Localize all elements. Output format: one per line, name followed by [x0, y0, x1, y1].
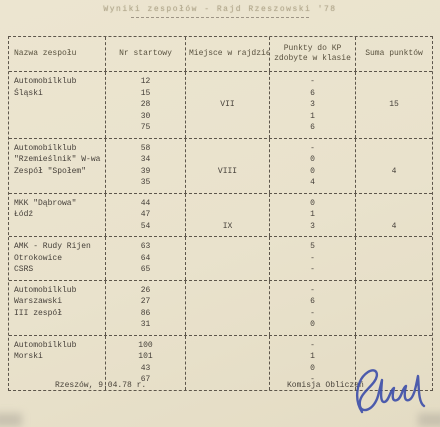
- header-suma-punktow: Suma punktów: [355, 37, 432, 71]
- sums-value: [359, 88, 429, 100]
- name-value: Automobilklub: [14, 76, 102, 88]
- starts-value: 58: [109, 143, 182, 155]
- signature-ink: [340, 362, 438, 422]
- sums-value: [359, 285, 429, 297]
- sums-value: [359, 177, 429, 189]
- header-nr-startowy: Nr startowy: [105, 37, 185, 71]
- place-date: Rzeszów, 9.04.78 r.: [55, 381, 146, 390]
- header-nazwa-zespolu: Nazwa zespołu: [9, 37, 105, 71]
- starts-value: 34: [109, 154, 182, 166]
- name-value: [14, 177, 102, 189]
- team-group-row: MKK "Dąbrowa"Łódź444754IX0134: [9, 193, 432, 237]
- places-value: [189, 143, 266, 155]
- cell-points: -6-0: [269, 281, 355, 335]
- cell-places: [185, 237, 269, 280]
- places-value: [189, 319, 266, 331]
- points-value: -: [273, 264, 352, 276]
- name-value: CSRS: [14, 264, 102, 276]
- cell-places: VII: [185, 72, 269, 138]
- points-value: -: [273, 143, 352, 155]
- starts-value: 44: [109, 198, 182, 210]
- cell-name: AutomobilklubŚląski: [9, 72, 105, 138]
- scanned-results-sheet: Wyniki zespołów - Rajd Rzeszowski '78 Na…: [0, 0, 440, 427]
- cell-sums: [355, 237, 432, 280]
- places-value: VII: [189, 99, 266, 111]
- places-value: [189, 363, 266, 375]
- cell-sums: 15: [355, 72, 432, 138]
- cell-points: -004: [269, 139, 355, 193]
- points-value: 6: [273, 88, 352, 100]
- starts-value: 28: [109, 99, 182, 111]
- points-value: 6: [273, 296, 352, 308]
- places-value: [189, 154, 266, 166]
- name-value: Automobilklub: [14, 340, 102, 352]
- name-value: Otrokowice: [14, 253, 102, 265]
- sums-value: [359, 111, 429, 123]
- points-value: -: [273, 253, 352, 265]
- places-value: [189, 177, 266, 189]
- header-label: Punkty do KP: [273, 44, 352, 54]
- points-value: 0: [273, 319, 352, 331]
- sums-value: [359, 253, 429, 265]
- places-value: [189, 198, 266, 210]
- cell-points: 013: [269, 194, 355, 237]
- places-value: [189, 351, 266, 363]
- name-value: Morski: [14, 351, 102, 363]
- starts-value: 100: [109, 340, 182, 352]
- name-value: Automobilklub: [14, 143, 102, 155]
- places-value: IX: [189, 221, 266, 233]
- header-miejsce-w-rajdzie: Miejsce w rajdzie: [185, 37, 269, 71]
- points-value: 1: [273, 111, 352, 123]
- sums-value: 4: [359, 221, 429, 233]
- cell-sums: [355, 281, 432, 335]
- places-value: [189, 374, 266, 386]
- points-value: 0: [273, 154, 352, 166]
- cell-name: AutomobilklubWarszawskiIII zespół: [9, 281, 105, 335]
- header-label: Nr startowy: [109, 49, 182, 59]
- starts-value: 47: [109, 209, 182, 221]
- sums-value: [359, 198, 429, 210]
- title-underline: [131, 17, 309, 18]
- table-header-row: Nazwa zespołu Nr startowy Miejsce w rajd…: [9, 37, 432, 71]
- places-value: [189, 308, 266, 320]
- points-value: 1: [273, 209, 352, 221]
- points-value: 3: [273, 221, 352, 233]
- name-value: "Rzemieślnik" W-wa: [14, 154, 102, 166]
- cell-starts: 1215283075: [105, 72, 185, 138]
- starts-value: 63: [109, 241, 182, 253]
- cell-name: Automobilklub"Rzemieślnik" W-waZespół "S…: [9, 139, 105, 193]
- starts-value: 43: [109, 363, 182, 375]
- name-value: [14, 319, 102, 331]
- header-label: Nazwa zespołu: [14, 49, 102, 59]
- team-group-row: AutomobilklubWarszawskiIII zespół2627863…: [9, 280, 432, 335]
- starts-value: 27: [109, 296, 182, 308]
- team-group-row: AutomobilklubŚląski1215283075VII-631615: [9, 71, 432, 138]
- name-value: [14, 111, 102, 123]
- places-value: VIII: [189, 166, 266, 178]
- name-value: [14, 363, 102, 375]
- cell-places: [185, 336, 269, 390]
- cell-starts: 26278631: [105, 281, 185, 335]
- cell-starts: 58343935: [105, 139, 185, 193]
- places-value: [189, 111, 266, 123]
- name-value: Automobilklub: [14, 285, 102, 297]
- places-value: [189, 285, 266, 297]
- name-value: Zespół "Społem": [14, 166, 102, 178]
- sums-value: [359, 143, 429, 155]
- cell-starts: 444754: [105, 194, 185, 237]
- cell-name: AMK - Rudy RijenOtrokowiceCSRS: [9, 237, 105, 280]
- cell-starts: 636465: [105, 237, 185, 280]
- team-group-row: Automobilklub"Rzemieślnik" W-waZespół "S…: [9, 138, 432, 193]
- points-value: 0: [273, 166, 352, 178]
- points-value: -: [273, 285, 352, 297]
- starts-value: 65: [109, 264, 182, 276]
- name-value: AMK - Rudy Rijen: [14, 241, 102, 253]
- cell-sums: 4: [355, 194, 432, 237]
- sums-value: [359, 241, 429, 253]
- name-value: Warszawski: [14, 296, 102, 308]
- places-value: [189, 76, 266, 88]
- starts-value: 31: [109, 319, 182, 331]
- name-value: [14, 122, 102, 134]
- points-value: 6: [273, 122, 352, 134]
- sums-value: 4: [359, 166, 429, 178]
- points-value: 5: [273, 241, 352, 253]
- places-value: [189, 296, 266, 308]
- starts-value: 101: [109, 351, 182, 363]
- points-value: 3: [273, 99, 352, 111]
- starts-value: 30: [109, 111, 182, 123]
- starts-value: 64: [109, 253, 182, 265]
- name-value: [14, 99, 102, 111]
- places-value: [189, 88, 266, 100]
- cell-name: MKK "Dąbrowa"Łódź: [9, 194, 105, 237]
- name-value: [14, 221, 102, 233]
- places-value: [189, 264, 266, 276]
- points-value: 1: [273, 351, 352, 363]
- sums-value: [359, 340, 429, 352]
- starts-value: 12: [109, 76, 182, 88]
- name-value: Łódź: [14, 209, 102, 221]
- name-value: III zespół: [14, 308, 102, 320]
- points-value: -: [273, 340, 352, 352]
- starts-value: 75: [109, 122, 182, 134]
- header-label: Suma punktów: [359, 49, 429, 59]
- table-body: AutomobilklubŚląski1215283075VII-631615A…: [9, 71, 432, 390]
- title-block: Wyniki zespołów - Rajd Rzeszowski '78: [0, 5, 440, 18]
- cell-places: [185, 281, 269, 335]
- points-value: -: [273, 308, 352, 320]
- sums-value: [359, 209, 429, 221]
- starts-value: 86: [109, 308, 182, 320]
- points-value: -: [273, 76, 352, 88]
- name-value: Śląski: [14, 88, 102, 100]
- points-value: 0: [273, 198, 352, 210]
- sums-value: [359, 154, 429, 166]
- places-value: [189, 253, 266, 265]
- team-group-row: AMK - Rudy RijenOtrokowiceCSRS6364655--: [9, 236, 432, 280]
- sums-value: [359, 351, 429, 363]
- starts-value: 54: [109, 221, 182, 233]
- sums-value: [359, 308, 429, 320]
- page-title: Wyniki zespołów - Rajd Rzeszowski '78: [0, 5, 440, 14]
- places-value: [189, 122, 266, 134]
- starts-value: 15: [109, 88, 182, 100]
- sums-value: [359, 264, 429, 276]
- points-value: 4: [273, 177, 352, 189]
- starts-value: 26: [109, 285, 182, 297]
- sums-value: [359, 76, 429, 88]
- places-value: [189, 241, 266, 253]
- header-label: Miejsce w rajdzie: [189, 49, 266, 59]
- cell-places: IX: [185, 194, 269, 237]
- sums-value: [359, 122, 429, 134]
- name-value: MKK "Dąbrowa": [14, 198, 102, 210]
- sums-value: 15: [359, 99, 429, 111]
- places-value: [189, 209, 266, 221]
- header-label: zdobyte w klasie: [273, 54, 352, 64]
- places-value: [189, 340, 266, 352]
- starts-value: 35: [109, 177, 182, 189]
- cell-points: -6316: [269, 72, 355, 138]
- cell-places: VIII: [185, 139, 269, 193]
- sums-value: [359, 319, 429, 331]
- sums-value: [359, 296, 429, 308]
- cell-points: 5--: [269, 237, 355, 280]
- cell-sums: 4: [355, 139, 432, 193]
- results-table: Nazwa zespołu Nr startowy Miejsce w rajd…: [8, 36, 433, 391]
- starts-value: 39: [109, 166, 182, 178]
- header-punkty-do-kp: Punkty do KP zdobyte w klasie: [269, 37, 355, 71]
